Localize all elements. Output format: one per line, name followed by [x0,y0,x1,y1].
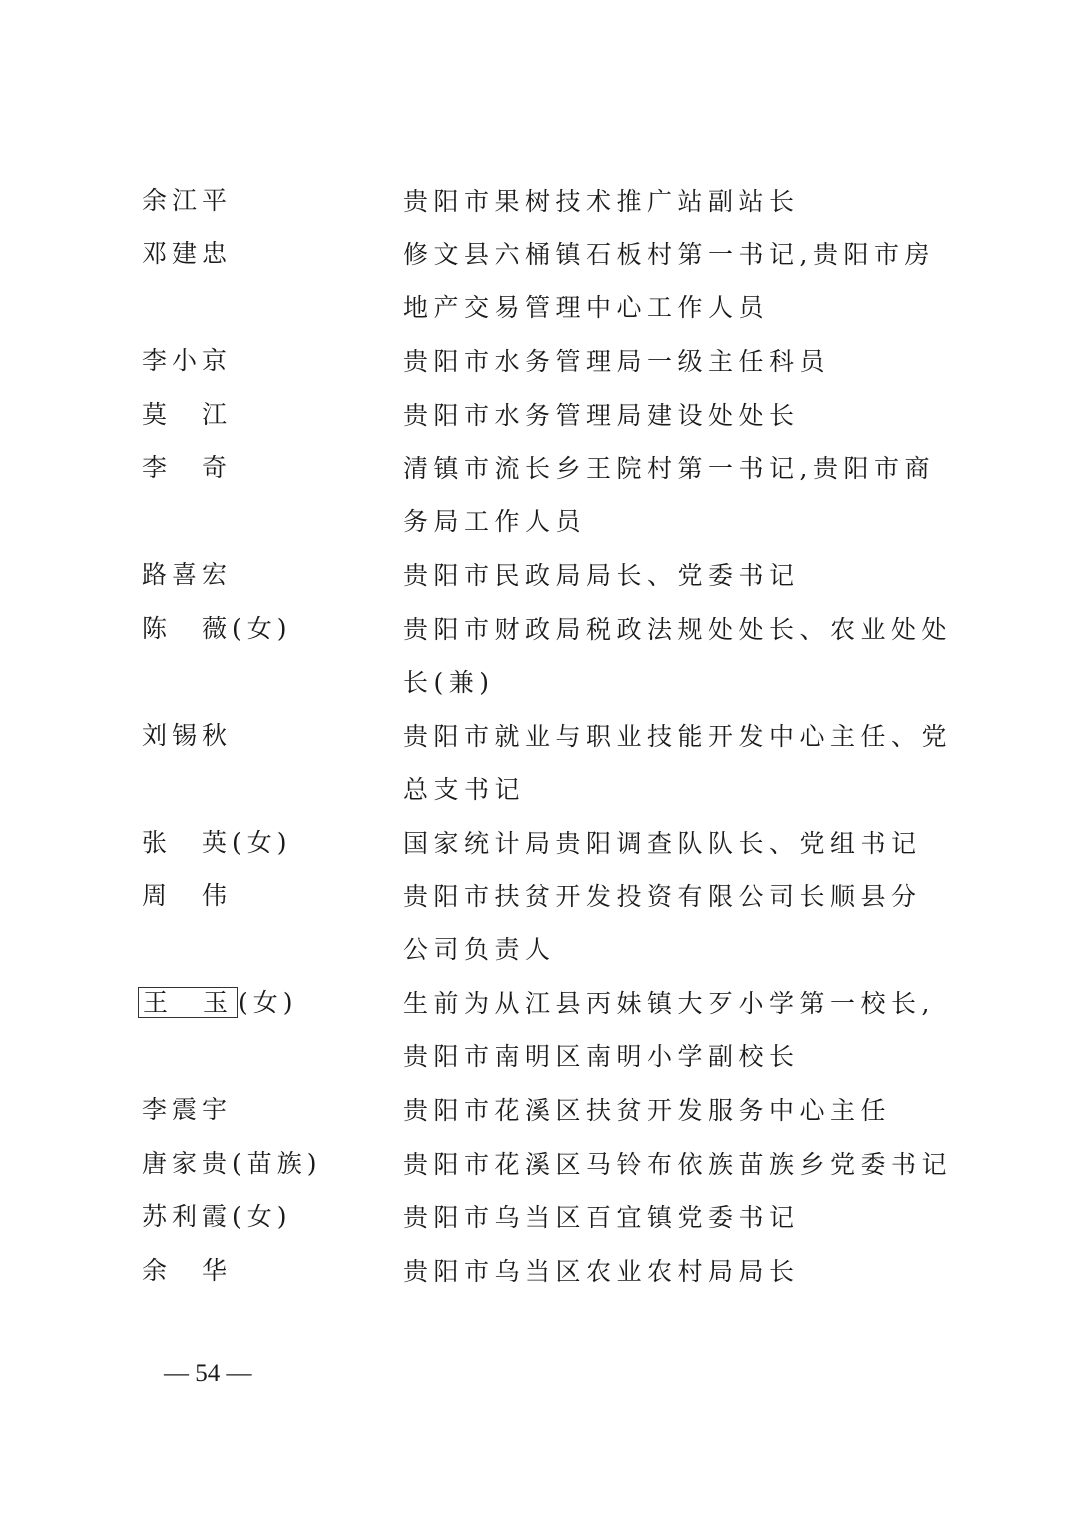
person-name: 王 玉(女) [142,988,298,1018]
person-position: 贵阳市乌当区农业农村局局长 [403,1245,943,1298]
person-name: 邓建忠 [142,239,232,269]
person-position: 贵阳市果树技术推广站副站长 [403,175,943,228]
person-position: 贵阳市民政局局长、党委书记 [403,549,943,602]
person-position: 清镇市流长乡王院村第一书记,贵阳市商 务局工作人员 [403,442,943,548]
person-name: 莫 江 [142,400,232,430]
page-number: — 54 — [164,1360,252,1388]
person-position: 贵阳市财政局税政法规处处长、农业处处 长(兼) [403,603,943,709]
person-name: 余 华 [142,1256,232,1286]
person-name: 路喜宏 [142,560,232,590]
person-name: 苏利霞(女) [142,1202,292,1232]
person-name: 周 伟 [142,881,232,911]
person-name: 张 英(女) [142,828,292,858]
person-position: 贵阳市水务管理局建设处处长 [403,389,943,442]
person-position: 贵阳市扶贫开发投资有限公司长顺县分 公司负责人 [403,870,943,976]
person-name: 李小京 [142,346,232,376]
document-page: 余江平 贵阳市果树技术推广站副站长 邓建忠 修文县六桶镇石板村第一书记,贵阳市房… [0,0,1080,1527]
person-position: 贵阳市花溪区扶贫开发服务中心主任 [403,1084,943,1137]
person-position: 国家统计局贵阳调查队队长、党组书记 [403,817,943,870]
person-position: 修文县六桶镇石板村第一书记,贵阳市房 地产交易管理中心工作人员 [403,228,943,334]
person-position: 贵阳市就业与职业技能开发中心主任、党 总支书记 [403,710,943,816]
person-position: 贵阳市花溪区马铃布依族苗族乡党委书记 [403,1138,943,1191]
person-name: 刘锡秋 [142,721,232,751]
person-name: 余江平 [142,186,232,216]
person-name: 李 奇 [142,453,232,483]
person-name: 唐家贵(苗族) [142,1149,322,1179]
person-name: 李震宇 [142,1095,232,1125]
person-position: 贵阳市水务管理局一级主任科员 [403,335,943,388]
deceased-name-box: 王 玉 [138,987,238,1018]
person-name: 陈 薇(女) [142,614,292,644]
name-suffix: (女) [238,988,298,1017]
person-position: 贵阳市乌当区百宜镇党委书记 [403,1191,943,1244]
person-position: 生前为从江县丙妹镇大歹小学第一校长, 贵阳市南明区南明小学副校长 [403,977,943,1083]
